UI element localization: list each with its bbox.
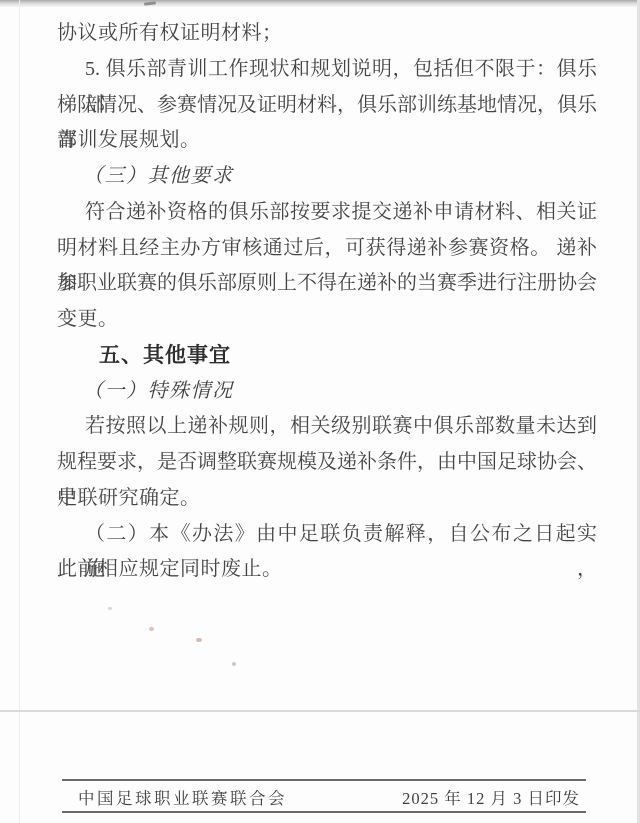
- document-body: 协议或所有权证明材料； 5. 俱乐部青训工作现状和规划说明，包括但不限于：俱乐部…: [57, 16, 597, 588]
- scan-top-edge: [0, 0, 640, 7]
- subsection-heading-1: （一）特殊情况: [57, 374, 597, 410]
- scan-left-edge-line: [19, 0, 20, 823]
- body-line: 协议或所有权证明材料；: [57, 16, 597, 52]
- scan-speck: [196, 638, 202, 642]
- scan-speck: [232, 662, 236, 666]
- body-line: 5. 俱乐部青训工作现状和规划说明，包括但不限于：俱乐部: [57, 52, 597, 88]
- document-page: 协议或所有权证明材料； 5. 俱乐部青训工作现状和规划说明，包括但不限于：俱乐部…: [0, 0, 640, 823]
- body-line: 规程要求，是否调整联赛规模及递补条件，由中国足球协会、中: [57, 445, 597, 481]
- subsection-heading-3: （三）其他要求: [57, 159, 597, 195]
- body-line: 梯队情况、参赛情况及证明材料，俱乐部训练基地情况，俱乐部: [57, 88, 597, 124]
- body-line: （二）本《办法》由中足联负责解释，自公布之日起实施，: [57, 517, 597, 553]
- scan-fold-line: [0, 710, 640, 712]
- body-line: 足联研究确定。: [57, 481, 597, 517]
- scan-speck: [149, 627, 154, 631]
- body-line: 变更。: [57, 302, 597, 338]
- body-line: 明材料且经主办方审核通过后，可获得递补参赛资格。 递补参: [57, 231, 597, 267]
- body-line: 符合递补资格的俱乐部按要求提交递补申请材料、相关证: [57, 195, 597, 231]
- body-line: 加职业联赛的俱乐部原则上不得在递补的当赛季进行注册协会: [57, 266, 597, 302]
- scan-speck: [108, 607, 112, 610]
- body-line: 青训发展规划。: [57, 123, 597, 159]
- footer-print-date: 2025 年 12 月 3 日印发: [402, 785, 580, 809]
- footer-rule-top: [62, 779, 586, 781]
- section-heading-5: 五、其他事宜: [57, 338, 597, 374]
- body-line: 若按照以上递补规则，相关级别联赛中俱乐部数量未达到: [57, 409, 597, 445]
- footer-rule-bottom: [62, 811, 586, 813]
- footer-issuer: 中国足球职业联赛联合会: [78, 785, 287, 809]
